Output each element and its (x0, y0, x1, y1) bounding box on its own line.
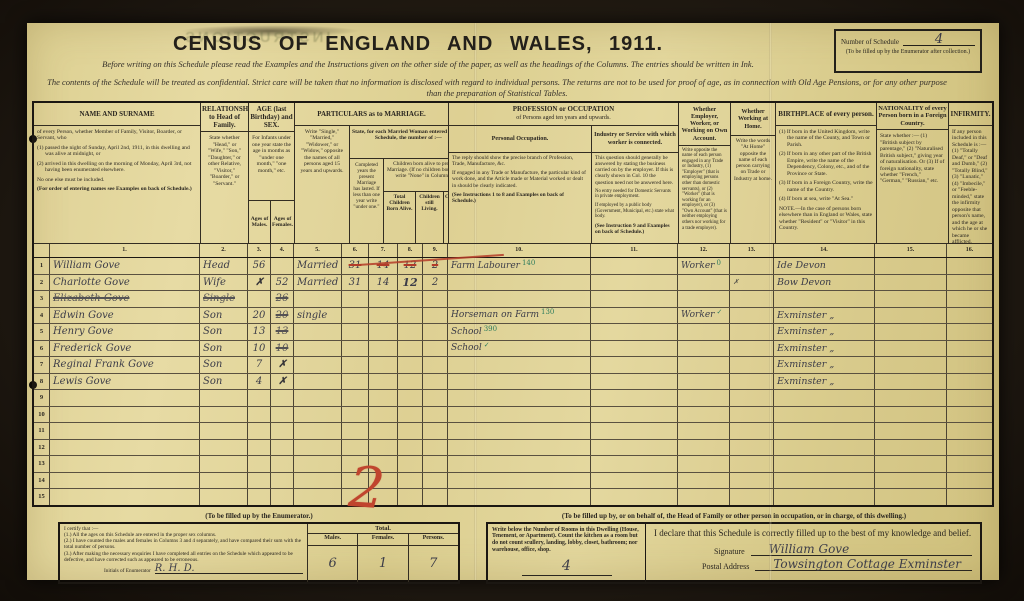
row-number: 11 (34, 423, 50, 439)
cell-inf (947, 341, 992, 357)
cell-ind (591, 489, 678, 505)
cell-m9 (423, 473, 448, 489)
cell-m9 (423, 489, 448, 505)
row-number: 14 (34, 473, 50, 489)
rooms-cell: Write below the Number of Rooms in this … (488, 524, 646, 582)
cell-nat (875, 473, 947, 489)
cell-m8 (398, 291, 423, 307)
cell-ind (591, 357, 678, 373)
cell-agem (248, 489, 271, 505)
cell-m8 (398, 473, 423, 489)
cell-rel (200, 390, 248, 406)
cell-m6 (342, 407, 369, 423)
cell-nat (875, 374, 947, 390)
totals-title: Total. (308, 524, 458, 534)
cell-home (730, 308, 774, 324)
header-col5: Write "Single," "Married," "Widower," or… (295, 126, 350, 243)
schedule-number-value: 4 (903, 35, 975, 46)
row-number: 8 (34, 374, 50, 390)
cell-nat (875, 275, 947, 291)
cell-home (730, 456, 774, 472)
cell-home (730, 473, 774, 489)
cell-inf (947, 357, 992, 373)
cell-occ (448, 423, 591, 439)
cell-emp (678, 390, 730, 406)
cell-occ (448, 374, 591, 390)
form-title: CENSUS OF ENGLAND AND WALES, 1911. (32, 33, 804, 56)
header-name-title: NAME AND SURNAME (34, 103, 200, 126)
cell-agef: 52 (271, 275, 294, 291)
column-number: 15. (875, 244, 947, 257)
totals-table: Total. Males. Females. Persons. 6 1 7 (307, 524, 458, 582)
header-birthplace: BIRTHPLACE of every person. (1) If born … (776, 103, 877, 243)
cell-birth: Exminster „ (774, 374, 875, 390)
cell-emp (678, 423, 730, 439)
cell-m8 (398, 308, 423, 324)
cell-m8 (398, 390, 423, 406)
cell-nat (875, 456, 947, 472)
cell-m8 (398, 423, 423, 439)
cell-m6 (342, 308, 369, 324)
row-number: 12 (34, 440, 50, 456)
cell-m6 (342, 357, 369, 373)
header-col12-body: Write opposite the name of each person e… (679, 146, 730, 233)
cell-occ: School390 (448, 324, 591, 340)
cell-nat (875, 341, 947, 357)
cell-name (50, 489, 200, 505)
header-children-group: Children born alive to present Marriage.… (384, 159, 449, 192)
cell-agef (271, 489, 294, 505)
cell-agem (248, 473, 271, 489)
column-number: 11. (591, 244, 678, 257)
column-number: 1. (50, 244, 200, 257)
signature-label: Signature (714, 547, 745, 556)
cell-rel (200, 407, 248, 423)
cell-emp (678, 374, 730, 390)
cell-home (730, 357, 774, 373)
header-marriage: PARTICULARS as to MARRIAGE. Write "Singl… (295, 103, 449, 243)
cell-nat (875, 324, 947, 340)
table-row: 1William GoveHead56Married3114122Farm La… (34, 258, 992, 275)
header-col10-body: The reply should show the precise branch… (449, 153, 591, 210)
table-body: 1William GoveHead56Married3114122Farm La… (34, 258, 992, 505)
enumerator-heading: (To be filled up by the Enumerator.) (58, 512, 460, 520)
postal-address-value: Towsington Cottage Exminster (755, 558, 972, 571)
colnum-spacer (34, 244, 50, 257)
header-nationality-title: NATIONALITY of every Person born in a Fo… (877, 103, 948, 130)
cell-inf (947, 473, 992, 489)
column-number: 9. (423, 244, 448, 257)
cell-m5 (294, 390, 342, 406)
cell-inf (947, 489, 992, 505)
cell-m8 (398, 357, 423, 373)
column-number: 16. (947, 244, 992, 257)
cell-m8 (398, 489, 423, 505)
cell-home (730, 407, 774, 423)
cell-m5: Married (294, 275, 342, 291)
cell-m9 (423, 440, 448, 456)
certify-text: I certify that :— (1.) All the ages on t… (60, 524, 307, 582)
table-row: 10 (34, 407, 992, 424)
header-age-split: Ages of Males. Ages of Females. (249, 200, 294, 243)
cell-m7: 14 (369, 258, 398, 274)
cell-emp: Worker0 (678, 258, 730, 274)
column-number: 12. (678, 244, 730, 257)
cell-agef: ✗ (271, 357, 294, 373)
cell-nat (875, 291, 947, 307)
header-birthplace-body: (1) If born in the United Kingdom, write… (776, 126, 876, 238)
enumerator-box: I certify that :— (1.) All the ages on t… (58, 522, 460, 584)
cell-inf (947, 258, 992, 274)
cell-agem: 13 (248, 324, 271, 340)
row-number: 9 (34, 390, 50, 406)
header-profession: PROFESSION or OCCUPATION of Persons aged… (449, 103, 776, 243)
header-age: AGE (last Birthday) and SEX. For Infants… (249, 103, 295, 243)
cell-name (50, 390, 200, 406)
householder-heading: (To be filled up by, or on behalf of, th… (486, 512, 982, 520)
totals-females-value: 1 (358, 546, 408, 582)
cell-m7 (369, 341, 398, 357)
cell-m5 (294, 341, 342, 357)
cell-emp (678, 275, 730, 291)
cell-m7: 14 (369, 275, 398, 291)
cell-occ: Farm Labourer140 (448, 258, 591, 274)
table-row: 12 (34, 440, 992, 457)
cell-m5 (294, 489, 342, 505)
cell-inf (947, 390, 992, 406)
row-number: 15 (34, 489, 50, 505)
cell-nat (875, 489, 947, 505)
cell-occ (448, 275, 591, 291)
cell-name (50, 456, 200, 472)
column-number: 14. (774, 244, 875, 257)
cell-agem (248, 456, 271, 472)
cell-home (730, 489, 774, 505)
cell-rel (200, 473, 248, 489)
row-number: 4 (34, 308, 50, 324)
declaration-cell: I declare that this Schedule is correctl… (646, 524, 980, 582)
cell-m7 (369, 324, 398, 340)
cell-m9 (423, 407, 448, 423)
column-number: 4. (271, 244, 294, 257)
cell-m7 (369, 407, 398, 423)
header-col8: Children still Living. (416, 192, 444, 243)
column-number-strip: 1.2.3.4.5.6.7.8.9.10.11.12.13.14.15.16. (34, 244, 992, 258)
cell-nat (875, 407, 947, 423)
cell-emp (678, 489, 730, 505)
header-infirmity-title: INFIRMITY. (949, 103, 992, 126)
table-row: 2Charlotte GoveWife✗52Married3114122✗Bow… (34, 275, 992, 292)
cell-m9 (423, 291, 448, 307)
census-table: NAME AND SURNAME of every Person, whethe… (32, 101, 994, 507)
enumerator-section: (To be filled up by the Enumerator.) I c… (58, 512, 460, 584)
cell-m9 (423, 324, 448, 340)
cell-home (730, 374, 774, 390)
table-row: 15 (34, 489, 992, 505)
header-infirmity-body: If any person included in this Schedule … (949, 126, 992, 243)
cell-inf (947, 308, 992, 324)
row-number: 5 (34, 324, 50, 340)
cell-birth: Exminster „ (774, 341, 875, 357)
cell-m7 (369, 357, 398, 373)
cell-emp (678, 440, 730, 456)
column-number: 13. (730, 244, 774, 257)
cell-rel (200, 456, 248, 472)
header-rel-title: RELATIONSHIP to Head of Family. (201, 103, 248, 132)
header-col11-body: This question should generally be answer… (592, 153, 678, 241)
cell-birth (774, 489, 875, 505)
cell-m7 (369, 374, 398, 390)
cell-m5 (294, 473, 342, 489)
cell-agef: 20 (271, 308, 294, 324)
cell-ind (591, 407, 678, 423)
table-row: 8Lewis GoveSon4✗Exminster „ (34, 374, 992, 391)
cell-inf (947, 456, 992, 472)
table-row: 11 (34, 423, 992, 440)
rooms-text: Write below the Number of Rooms in this … (492, 527, 639, 554)
cell-m5: single (294, 308, 342, 324)
postal-address-label: Postal Address (702, 562, 749, 571)
cell-m9 (423, 308, 448, 324)
table-row: 4Edwin GoveSon2020singleHorseman on Farm… (34, 308, 992, 325)
cell-m6 (342, 341, 369, 357)
header-ages-females: Ages of Females. (271, 201, 294, 243)
cell-rel: Head (200, 258, 248, 274)
totals-col-persons: Persons. (409, 534, 458, 545)
cell-ind (591, 473, 678, 489)
cell-m9 (423, 357, 448, 373)
cell-rel: Son (200, 308, 248, 324)
cell-ind (591, 341, 678, 357)
totals-col-females: Females. (358, 534, 408, 545)
cell-rel: Son (200, 374, 248, 390)
cell-agef: ✗ (271, 374, 294, 390)
cell-inf (947, 291, 992, 307)
cell-inf (947, 374, 992, 390)
row-number: 1 (34, 258, 50, 274)
cell-home (730, 258, 774, 274)
header-name-body: of every Person, whether Member of Famil… (34, 126, 200, 199)
table-row: 3Elizabeth GoveSingle26 (34, 291, 992, 308)
header-ages-males: Ages of Males. (249, 201, 271, 243)
cell-m9 (423, 423, 448, 439)
initials-value: R. H. D. (155, 564, 303, 574)
cell-rel (200, 489, 248, 505)
cell-name: Charlotte Gove (50, 275, 200, 291)
cell-agef (271, 440, 294, 456)
table-row: 13 (34, 456, 992, 473)
table-header: NAME AND SURNAME of every Person, whethe… (34, 103, 992, 244)
totals-values: 6 1 7 (308, 546, 458, 582)
cell-m6 (342, 374, 369, 390)
cell-emp (678, 291, 730, 307)
cell-agef: 26 (271, 291, 294, 307)
cell-m9: 2 (423, 275, 448, 291)
cell-rel (200, 423, 248, 439)
cell-m5: Married (294, 258, 342, 274)
cell-inf (947, 407, 992, 423)
cell-birth: Exminster „ (774, 308, 875, 324)
cell-name: Lewis Gove (50, 374, 200, 390)
cell-agem (248, 291, 271, 307)
cell-emp (678, 407, 730, 423)
cell-ind (591, 308, 678, 324)
cell-m8 (398, 374, 423, 390)
totals-males-value: 6 (308, 546, 358, 582)
cell-rel: Son (200, 324, 248, 340)
cell-agem (248, 407, 271, 423)
cell-agef: 10 (271, 341, 294, 357)
header-col10-title: Personal Occupation. (449, 126, 591, 153)
instruction-line-1: Before writing on this Schedule please r… (62, 59, 794, 70)
cell-home: ✗ (730, 275, 774, 291)
table-row: 7Reginal Frank GoveSon7✗Exminster „ (34, 357, 992, 374)
cell-m9 (423, 374, 448, 390)
cell-name: Edwin Gove (50, 308, 200, 324)
declaration-text: I declare that this Schedule is correctl… (654, 528, 972, 538)
header-marriage-title: PARTICULARS as to MARRIAGE. (295, 103, 448, 126)
table-row: 5Henry GoveSon1313School390Exminster „ (34, 324, 992, 341)
signature-value: William Gove (751, 543, 972, 556)
cell-agem: 4 (248, 374, 271, 390)
bottom-section: (To be filled up by the Enumerator.) I c… (32, 512, 994, 584)
cell-m5 (294, 456, 342, 472)
row-number: 10 (34, 407, 50, 423)
cell-ind (591, 456, 678, 472)
cell-ind (591, 291, 678, 307)
cell-m7 (369, 291, 398, 307)
cell-home (730, 423, 774, 439)
column-number: 10. (448, 244, 591, 257)
column-number: 2. (200, 244, 248, 257)
header-col12-title: Whether Employer, Worker, or Working on … (679, 103, 730, 146)
cell-m6 (342, 291, 369, 307)
cell-agef (271, 258, 294, 274)
table-row: 6Frederick GoveSon1010School✓Exminster „ (34, 341, 992, 358)
cell-m8: 12 (398, 275, 423, 291)
cell-occ (448, 489, 591, 505)
cell-m9 (423, 341, 448, 357)
cell-home (730, 291, 774, 307)
cell-inf (947, 440, 992, 456)
header-birthplace-title: BIRTHPLACE of every person. (776, 103, 876, 126)
cell-m6: 31 (342, 275, 369, 291)
cell-m7 (369, 440, 398, 456)
census-schedule-page: INSTRUCTIONS CENSUS OF ENGLAND AND WALES… (27, 23, 999, 580)
cell-ind (591, 423, 678, 439)
cell-birth (774, 473, 875, 489)
cell-ind (591, 258, 678, 274)
cell-nat (875, 423, 947, 439)
cell-birth: Exminster „ (774, 324, 875, 340)
cell-m8 (398, 440, 423, 456)
cell-emp (678, 473, 730, 489)
cell-name: Reginal Frank Gove (50, 357, 200, 373)
cell-occ (448, 456, 591, 472)
cell-agef: 13 (271, 324, 294, 340)
cell-emp (678, 324, 730, 340)
cell-nat (875, 308, 947, 324)
cell-name: William Gove (50, 258, 200, 274)
cell-occ (448, 357, 591, 373)
cell-rel (200, 440, 248, 456)
column-number: 8. (398, 244, 423, 257)
table-row: 14 (34, 473, 992, 490)
cell-emp (678, 357, 730, 373)
cell-ind (591, 390, 678, 406)
cell-inf (947, 423, 992, 439)
instruction-line-2: The contents of the Schedule will be tre… (40, 77, 954, 98)
red-enumerator-mark: 2 (347, 460, 386, 518)
photo-background: INSTRUCTIONS CENSUS OF ENGLAND AND WALES… (0, 0, 1024, 601)
cell-name (50, 440, 200, 456)
cell-emp (678, 341, 730, 357)
cell-m5 (294, 324, 342, 340)
cell-agem: 20 (248, 308, 271, 324)
cell-agef (271, 423, 294, 439)
cell-m6 (342, 423, 369, 439)
cell-agem: ✗ (248, 275, 271, 291)
cell-agem: 7 (248, 357, 271, 373)
cell-inf (947, 324, 992, 340)
rooms-value: 4 (522, 558, 612, 576)
totals-col-males: Males. (308, 534, 358, 545)
cell-m5 (294, 440, 342, 456)
cell-agef (271, 473, 294, 489)
row-number: 2 (34, 275, 50, 291)
cell-inf (947, 275, 992, 291)
cell-home (730, 341, 774, 357)
cell-agem: 56 (248, 258, 271, 274)
schedule-number-label: Number of Schedule (841, 38, 899, 46)
cell-nat (875, 390, 947, 406)
cell-name: Frederick Gove (50, 341, 200, 357)
cell-occ (448, 473, 591, 489)
cell-birth (774, 390, 875, 406)
cell-rel: Son (200, 341, 248, 357)
row-number: 6 (34, 341, 50, 357)
cell-m8 (398, 407, 423, 423)
cell-agem: 10 (248, 341, 271, 357)
cell-birth (774, 291, 875, 307)
header-nationality: NATIONALITY of every Person born in a Fo… (877, 103, 949, 243)
header-col6: Completed years the present Marriage has… (350, 159, 384, 243)
cell-home (730, 390, 774, 406)
cell-m7 (369, 390, 398, 406)
schedule-number-box: Number of Schedule 4 (To be filled up by… (834, 29, 982, 73)
cell-birth: Exminster „ (774, 357, 875, 373)
header-nationality-body: State whether :— (1) "British subject by… (877, 130, 948, 188)
cell-rel: Single (200, 291, 248, 307)
cell-ind (591, 440, 678, 456)
cell-birth: Bow Devon (774, 275, 875, 291)
row-number: 7 (34, 357, 50, 373)
cell-occ: School✓ (448, 341, 591, 357)
cell-birth (774, 440, 875, 456)
cell-occ: Horseman on Farm130 (448, 308, 591, 324)
cell-m7 (369, 308, 398, 324)
cell-m5 (294, 357, 342, 373)
householder-section: (To be filled up by, or on behalf of, th… (486, 512, 982, 584)
cell-m7 (369, 423, 398, 439)
cell-agef (271, 456, 294, 472)
header-col7: Total Children Born Alive. (384, 192, 416, 243)
cell-nat (875, 440, 947, 456)
table-row: 9 (34, 390, 992, 407)
cell-agem (248, 390, 271, 406)
cell-home (730, 324, 774, 340)
cell-rel: Wife (200, 275, 248, 291)
